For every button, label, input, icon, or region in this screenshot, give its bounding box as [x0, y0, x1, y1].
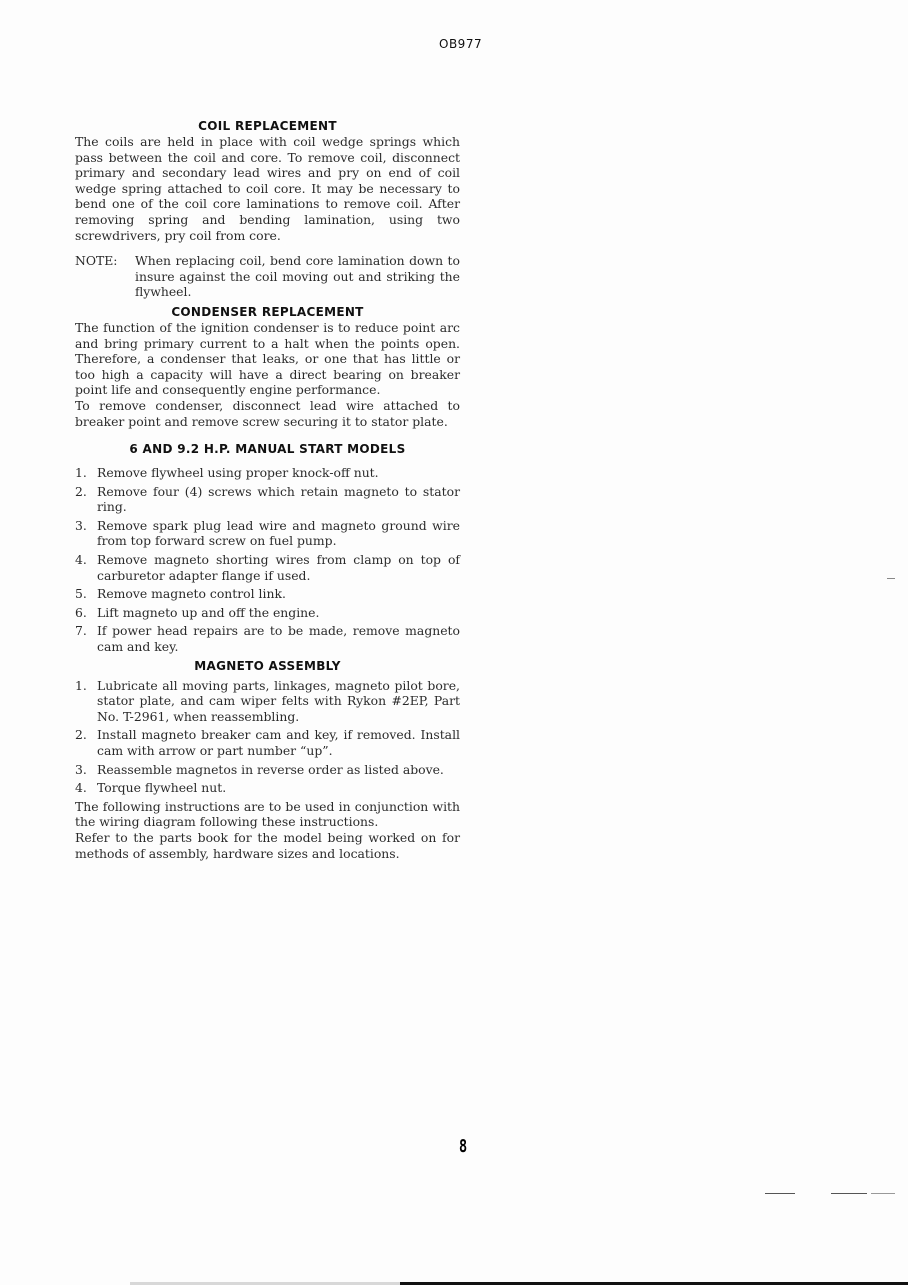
list-item: 1.Remove flywheel using proper knock-off… — [75, 465, 460, 481]
list-item: 4.Remove magneto shorting wires from cla… — [75, 552, 460, 583]
step-number: 2. — [75, 727, 97, 758]
step-text: Reassemble magnetos in reverse order as … — [97, 762, 460, 778]
step-text: Torque flywheel nut. — [97, 780, 460, 796]
step-text: Remove magneto shorting wires from clamp… — [97, 552, 460, 583]
scan-mark — [765, 1193, 795, 1194]
step-text: Install magneto breaker cam and key, if … — [97, 727, 460, 758]
step-number: 2. — [75, 484, 97, 515]
scan-mark — [871, 1193, 895, 1194]
step-text: Lubricate all moving parts, linkages, ma… — [97, 678, 460, 725]
step-number: 6. — [75, 605, 97, 621]
step-text: Remove flywheel using proper knock-off n… — [97, 465, 460, 481]
step-number: 4. — [75, 552, 97, 583]
step-text: Remove four (4) screws which retain magn… — [97, 484, 460, 515]
step-number: 3. — [75, 518, 97, 549]
list-item: 1.Lubricate all moving parts, linkages, … — [75, 678, 460, 725]
heading-magneto-assembly: MAGNETO ASSEMBLY — [75, 658, 460, 674]
step-text: If power head repairs are to be made, re… — [97, 623, 460, 654]
step-text: Lift magneto up and off the engine. — [97, 605, 460, 621]
magneto-assembly-steps: 1.Lubricate all moving parts, linkages, … — [75, 678, 460, 796]
list-item: 3.Remove spark plug lead wire and magnet… — [75, 518, 460, 549]
heading-manual-start-models: 6 AND 9.2 H.P. MANUAL START MODELS — [75, 441, 460, 457]
text-column: COIL REPLACEMENT The coils are held in p… — [75, 118, 460, 861]
step-number: 4. — [75, 780, 97, 796]
manual-start-steps: 1.Remove flywheel using proper knock-off… — [75, 465, 460, 655]
parts-book-paragraph: Refer to the parts book for the model be… — [75, 830, 460, 861]
list-item: 7.If power head repairs are to be made, … — [75, 623, 460, 654]
step-number: 3. — [75, 762, 97, 778]
list-item: 2.Install magneto breaker cam and key, i… — [75, 727, 460, 758]
list-item: 4.Torque flywheel nut. — [75, 780, 460, 796]
step-number: 1. — [75, 678, 97, 725]
condenser-paragraph: To remove condenser, disconnect lead wir… — [75, 398, 460, 429]
step-text: Remove magneto control link. — [97, 586, 460, 602]
list-item: 5.Remove magneto control link. — [75, 586, 460, 602]
page-number: 8 — [459, 1136, 467, 1157]
step-number: 1. — [75, 465, 97, 481]
list-item: 3.Reassemble magnetos in reverse order a… — [75, 762, 460, 778]
list-item: 6.Lift magneto up and off the engine. — [75, 605, 460, 621]
scan-mark — [831, 1193, 867, 1194]
note-text: When replacing coil, bend core laminatio… — [135, 253, 460, 300]
step-text: Remove spark plug lead wire and magneto … — [97, 518, 460, 549]
list-item: 2.Remove four (4) screws which retain ma… — [75, 484, 460, 515]
condenser-paragraph: The function of the ignition condenser i… — [75, 320, 460, 398]
note-block: NOTE: When replacing coil, bend core lam… — [75, 253, 460, 300]
step-number: 7. — [75, 623, 97, 654]
document-id: OB977 — [439, 37, 482, 51]
wiring-instructions-paragraph: The following instructions are to be use… — [75, 799, 460, 830]
heading-coil-replacement: COIL REPLACEMENT — [75, 118, 460, 134]
note-label: NOTE: — [75, 253, 135, 300]
coil-paragraph: The coils are held in place with coil we… — [75, 134, 460, 243]
scan-mark — [887, 578, 895, 579]
step-number: 5. — [75, 586, 97, 602]
heading-condenser-replacement: CONDENSER REPLACEMENT — [75, 304, 460, 320]
